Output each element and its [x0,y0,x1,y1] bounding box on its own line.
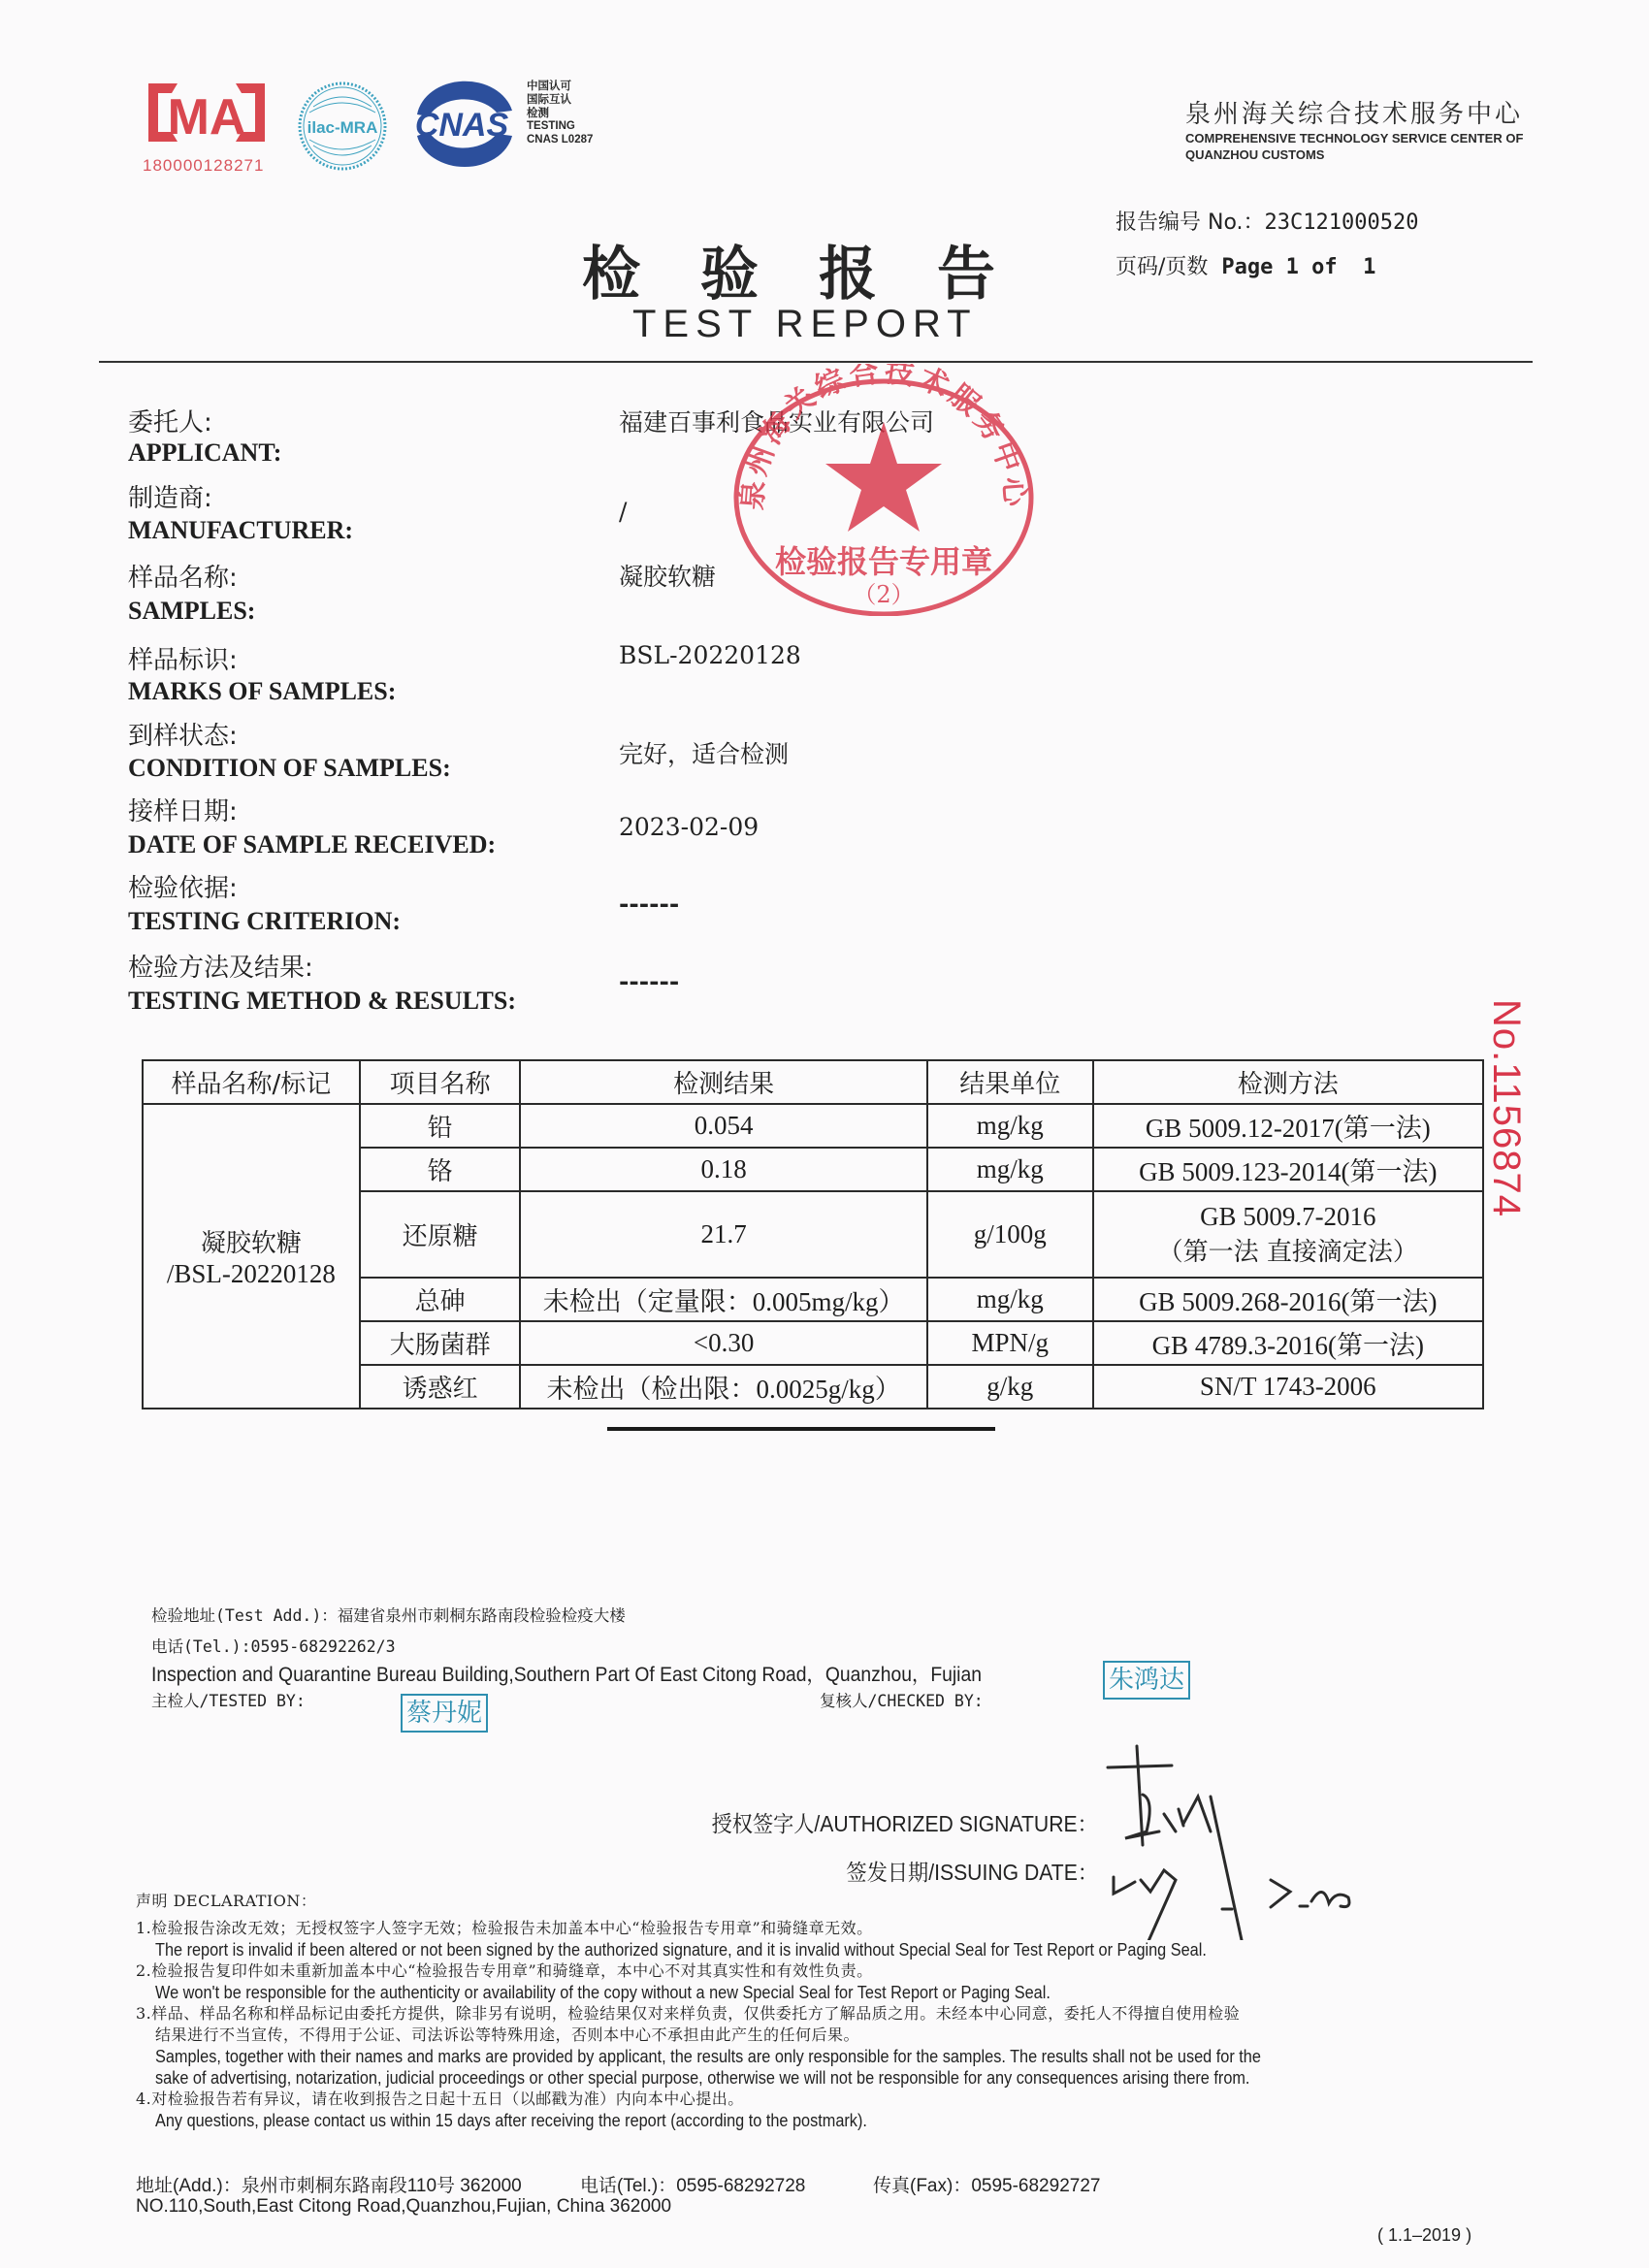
col-header-sample: 样品名称/标记 [143,1060,360,1104]
unit-cell: mg/kg [927,1148,1093,1191]
field-marks-value: BSL-20220128 [619,641,801,669]
declaration-item-cn: 4.对检验报告若有异议，请在收到报告之日起十五日（以邮戳为准）内向本中心提出。 [136,2089,1513,2110]
table-header-row: 样品名称/标记 项目名称 检测结果 结果单位 检测方法 [143,1060,1483,1104]
cnas-logo: CNAS [400,76,524,169]
footer-tel: 电话(Tel.)：0595-68292728 [580,2171,805,2197]
method-cell: SN/T 1743-2006 [1093,1365,1483,1409]
field-label-en: APPLICANT: [128,438,281,468]
declaration-item-cn: 3.样品、样品名称和样品标记由委托方提供，除非另有说明，检验结果仅对来样负责，仅… [136,2003,1513,2025]
method-cell: GB 5009.123-2014(第一法) [1093,1148,1483,1191]
cma-number: 180000128271 [143,156,264,176]
authorized-signature-label: 授权签字人/AUTHORIZED SIGNATURE： [712,1806,1098,1838]
field-manufacturer-value: / [619,498,627,526]
tested-by-label: 主检人/TESTED BY: [151,1688,306,1711]
declaration-item-en: Samples, together with their names and m… [155,2046,1261,2067]
field-label-en: CONDITION OF SAMPLES: [128,754,451,783]
field-label-cn: 检验依据: [128,868,238,904]
result-cell: 0.054 [520,1104,926,1148]
svg-text:ilac-MRA: ilac-MRA [307,118,378,137]
declaration-item-en: The report is invalid if been altered or… [155,1939,1207,1960]
lab-address-en: Inspection and Quarantine Bureau Buildin… [151,1659,982,1688]
item-cell: 总砷 [360,1278,521,1321]
item-cell: 诱惑红 [360,1365,521,1409]
issuing-date-label: 签发日期/ISSUING DATE： [847,1855,1098,1887]
unit-cell: mg/kg [927,1278,1093,1321]
declaration-item-en: We won't be responsible for the authenti… [155,1982,1051,2003]
item-cell: 铅 [360,1104,521,1148]
field-label-cn: 接样日期: [128,792,238,827]
declaration-item-en: Any questions, please contact us within … [155,2110,867,2131]
checked-by-label: 复核人/CHECKED BY: [820,1688,984,1711]
cma-logo: MA [139,76,275,149]
item-cell: 大肠菌群 [360,1321,521,1365]
field-label-en: MARKS OF SAMPLES: [128,677,396,706]
table-row: 凝胶软糖 /BSL-20220128 铅 0.054 mg/kg GB 5009… [143,1104,1483,1148]
lab-address-cn: 检验地址(Test Add.)：福建省泉州市刺桐东路南段检验检疫大楼 [151,1603,626,1626]
field-date-value: 2023-02-09 [619,813,759,841]
method-cell: GB 5009.12-2017(第一法) [1093,1104,1483,1148]
result-cell: 21.7 [520,1191,926,1278]
field-label-cn: 到样状态: [128,716,238,752]
field-label-en: DATE OF SAMPLE RECEIVED: [128,830,496,859]
col-header-item: 项目名称 [360,1060,521,1104]
declaration-item-cn: 1.检验报告涂改无效；无授权签字人签字无效；检验报告未加盖本中心“检验报告专用章… [136,1918,1513,1939]
cnas-accreditation-text: 中国认可 国际互认 检测 TESTING CNAS L0287 [527,81,593,147]
result-cell: 未检出（检出限：0.0025g/kg） [520,1365,926,1409]
serial-number: No.1156874 [1474,999,1533,1300]
report-number: 报告编号 No.：23C121000520 [1115,206,1418,236]
field-label-cn: 检验方法及结果: [128,948,313,984]
result-cell: 未检出（定量限：0.005mg/kg） [520,1278,926,1321]
tested-by-chop: 蔡丹妮 [401,1694,488,1733]
method-cell: GB 5009.7-2016 （第一法 直接滴定法） [1093,1191,1483,1278]
declaration-title: 声明 DECLARATION： [136,1890,1513,1912]
field-label-en: MANUFACTURER: [128,516,353,545]
field-samples-value: 凝胶软糖 [619,558,716,593]
col-header-result: 检测结果 [520,1060,926,1104]
field-label-en: TESTING CRITERION: [128,907,401,936]
checked-by-chop: 朱鸿达 [1103,1661,1190,1700]
results-table: 样品名称/标记 项目名称 检测结果 结果单位 检测方法 凝胶软糖 /BSL-20… [142,1059,1484,1409]
result-cell: 0.18 [520,1148,926,1191]
footer-address-cn: 地址(Add.)：泉州市刺桐东路南段110号 362000 [136,2171,522,2197]
page-indicator: 页码/页数 Page 1 of 1 [1115,250,1375,280]
field-label-cn: 委托人: [128,403,212,438]
result-cell: <0.30 [520,1321,926,1365]
col-header-method: 检测方法 [1093,1060,1483,1104]
field-label-cn: 样品标识: [128,640,238,676]
field-label-en: TESTING METHOD & RESULTS: [128,987,516,1016]
title-en: TEST REPORT [632,303,978,346]
svg-text:CNAS: CNAS [415,107,509,144]
method-cell: GB 4789.3-2016(第一法) [1093,1321,1483,1365]
table-end-line [607,1427,995,1431]
declaration: 声明 DECLARATION： 1.检验报告涂改无效；无授权签字人签字无效；检验… [136,1890,1513,2131]
official-seal: 泉州海关综合技术服务中心 检验报告专用章 （2） [727,364,1040,616]
field-label-cn: 制造商: [128,478,212,514]
org-name-cn: 泉州海关综合技术服务中心 [1185,94,1523,130]
svg-text:（2）: （2） [853,581,914,608]
sample-cell: 凝胶软糖 /BSL-20220128 [143,1104,360,1409]
field-criterion-value: ------ [619,890,679,918]
declaration-item-en: sake of advertising, notarization, judic… [155,2067,1249,2089]
field-condition-value: 完好，适合检测 [619,735,789,770]
org-name-en: COMPREHENSIVE TECHNOLOGY SERVICE CENTER … [1185,130,1523,163]
field-label-en: SAMPLES: [128,597,255,626]
method-cell: GB 5009.268-2016(第一法) [1093,1278,1483,1321]
unit-cell: g/kg [927,1365,1093,1409]
unit-cell: MPN/g [927,1321,1093,1365]
form-version: ( 1.1–2019 ) [1377,2225,1471,2246]
title-cn: 检验报告 [582,228,1055,311]
item-cell: 铬 [360,1148,521,1191]
header-divider [99,361,1533,363]
footer-address-en: NO.110,South,East Citong Road,Quanzhou,F… [136,2196,671,2218]
declaration-item-cn: 2.检验报告复印件如未重新加盖本中心“检验报告专用章”和骑缝章，本中心不对其真实… [136,1960,1513,1982]
unit-cell: g/100g [927,1191,1093,1278]
field-label-cn: 样品名称: [128,558,238,594]
svg-text:No.1156874: No.1156874 [1485,999,1528,1217]
svg-text:MA: MA [168,89,246,146]
svg-text:检验报告专用章: 检验报告专用章 [775,543,992,580]
item-cell: 还原糖 [360,1191,521,1278]
declaration-item-cn-cont: 结果进行不当宣传，不得用于公证、司法诉讼等特殊用途，否则本中心不承担由此产生的任… [136,2025,1513,2046]
unit-cell: mg/kg [927,1104,1093,1148]
field-method-value: ------ [619,967,679,995]
ilac-mra-logo: ilac-MRA [296,80,389,173]
lab-tel: 电话(Tel.):0595-68292262/3 [151,1634,396,1657]
footer-fax: 传真(Fax)：0595-68292727 [873,2171,1100,2197]
col-header-unit: 结果单位 [927,1060,1093,1104]
